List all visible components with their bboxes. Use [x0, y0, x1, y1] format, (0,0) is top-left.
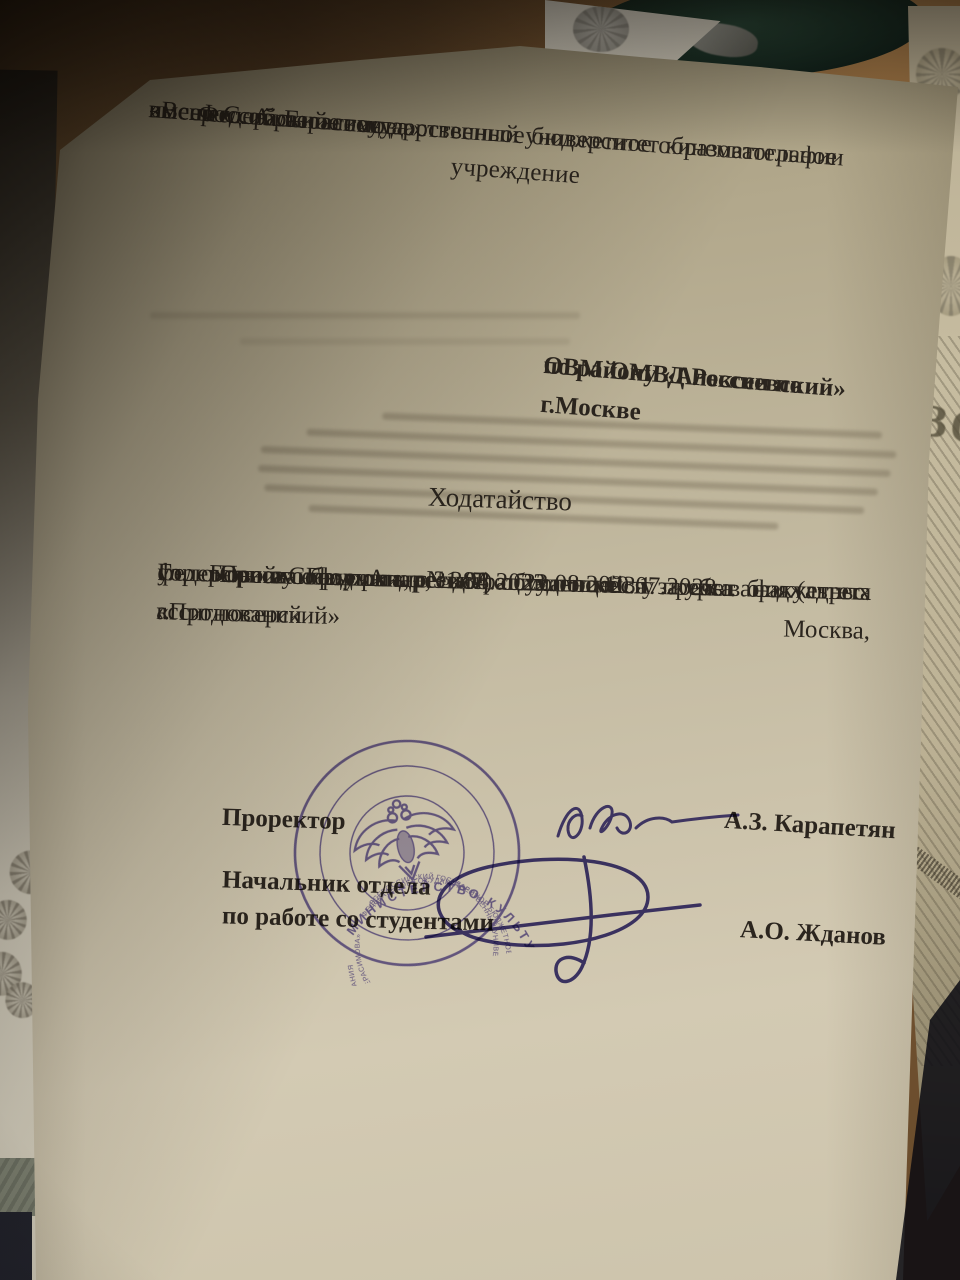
bleed-through-line	[240, 338, 570, 345]
signature-name-zhdanov: А.О. Жданов	[739, 916, 886, 952]
emblem-watermark-icon	[573, 6, 629, 52]
underlying-pattern-patch	[0, 1158, 38, 1216]
bleed-through-text-block	[248, 408, 902, 553]
zhdanov-signature-ink	[398, 845, 718, 995]
guilloche-ornament-icon	[0, 900, 27, 941]
dark-object-edge	[0, 1212, 32, 1280]
addressee-block: ОВМ ОМВД России по г.Москве по району «А…	[545, 346, 884, 373]
bleed-through-line	[150, 312, 580, 319]
document-header: Федеральное государственное бюджетное об…	[150, 92, 888, 144]
photo-scene: ВО Федеральное государственное бюджетное…	[0, 0, 960, 1280]
document-title: Ходатайство	[428, 481, 573, 517]
document-body: Прошу оформить регистрацию по месту преб…	[158, 554, 872, 574]
document-sheet: Федеральное государственное бюджетное об…	[0, 0, 960, 1280]
